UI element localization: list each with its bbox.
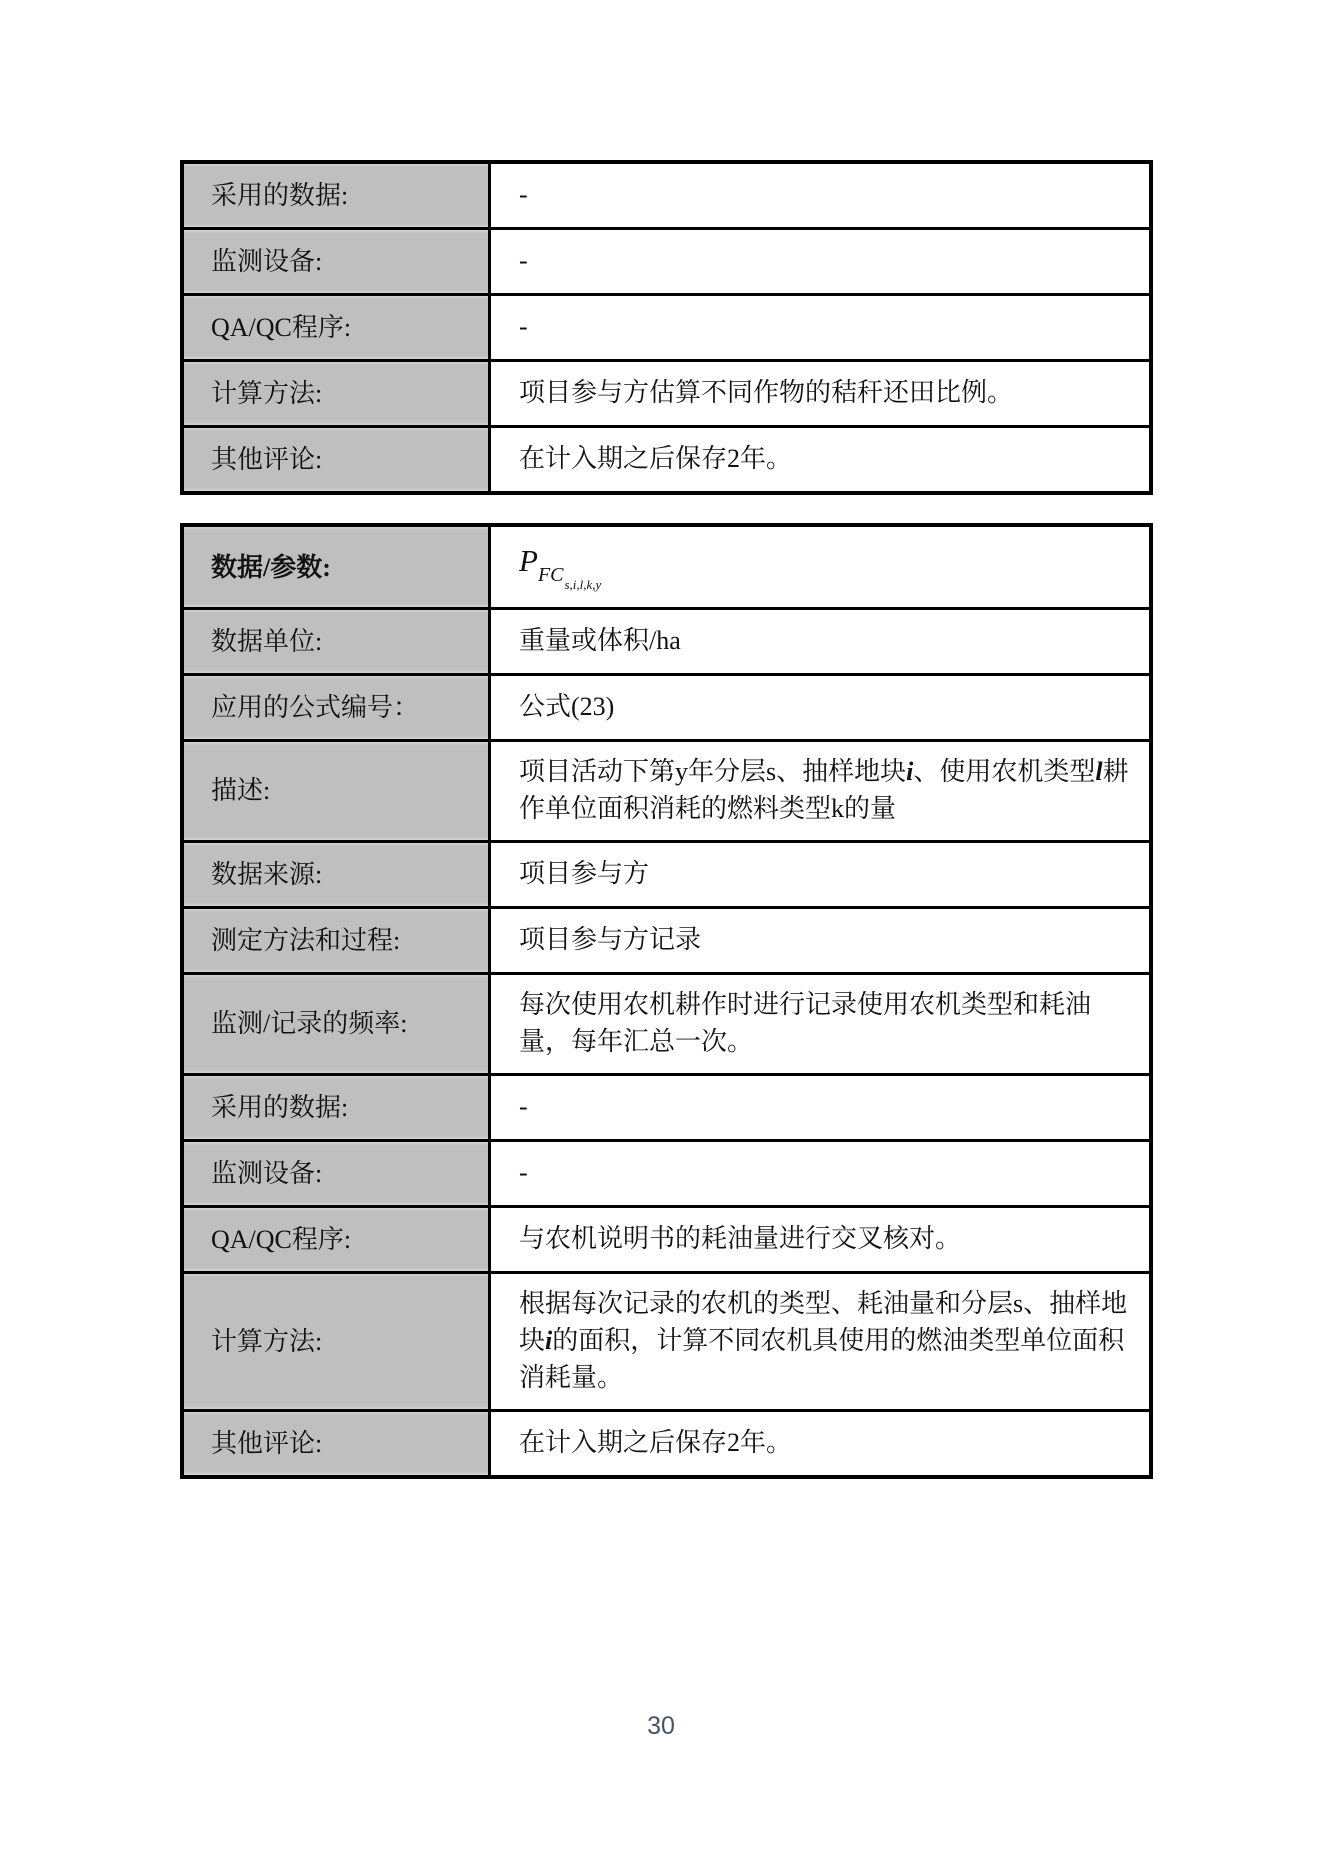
text-segment: 、使用农机类型 xyxy=(913,757,1095,786)
page-number: 30 xyxy=(0,1712,1322,1741)
table-row: 其他评论:在计入期之后保存2年。 xyxy=(184,1412,1149,1475)
row-value: 项目参与方记录 xyxy=(491,909,1149,972)
formula-subscript-text: FC xyxy=(538,564,564,586)
table-row: 监测设备:- xyxy=(184,230,1149,296)
table-row: 监测设备:- xyxy=(184,1142,1149,1208)
table-row: 监测/记录的频率:每次使用农机耕作时进行记录使用农机类型和耗油量，每年汇总一次。 xyxy=(184,975,1149,1076)
row-label: 应用的公式编号： xyxy=(184,676,491,739)
table-row: 应用的公式编号：公式(23) xyxy=(184,676,1149,742)
text-segment: 的面积，计算不同农机具使用的燃油类型单位面积消耗量。 xyxy=(519,1326,1124,1392)
row-value: 重量或体积/ha xyxy=(491,610,1149,673)
table-row: 采用的数据:- xyxy=(184,164,1149,230)
row-label: 监测设备: xyxy=(184,1142,491,1205)
text-segment: 项目活动下第y年分层s、抽样地块 xyxy=(519,757,906,786)
table-row: 其他评论:在计入期之后保存2年。 xyxy=(184,428,1149,491)
monitoring-parameter-table-2: 数据/参数:PFCs,i,l,k,y数据单位:重量或体积/ha应用的公式编号：公… xyxy=(180,523,1153,1479)
row-value: - xyxy=(491,164,1149,227)
row-label: 监测/记录的频率: xyxy=(184,975,491,1073)
row-label: 其他评论: xyxy=(184,1412,491,1475)
row-value: - xyxy=(491,296,1149,359)
table-row: 计算方法:项目参与方估算不同作物的秸秆还田比例。 xyxy=(184,362,1149,428)
row-value: 每次使用农机耕作时进行记录使用农机类型和耗油量，每年汇总一次。 xyxy=(491,975,1149,1073)
table-row: 数据单位:重量或体积/ha xyxy=(184,610,1149,676)
formula-subscript: FCs,i,l,k,y xyxy=(538,564,601,586)
tables: 采用的数据:-监测设备:-QA/QC程序:-计算方法:项目参与方估算不同作物的秸… xyxy=(180,160,1153,1479)
row-label: QA/QC程序: xyxy=(184,296,491,359)
table-row: 计算方法:根据每次记录的农机的类型、耗油量和分层s、抽样地块i的面积，计算不同农… xyxy=(184,1274,1149,1412)
row-value: 项目参与方 xyxy=(491,843,1149,906)
row-label: 采用的数据: xyxy=(184,1076,491,1139)
row-label: 描述: xyxy=(184,742,491,840)
table-row: QA/QC程序:- xyxy=(184,296,1149,362)
table-row: 数据来源:项目参与方 xyxy=(184,843,1149,909)
document-page: 采用的数据:-监测设备:-QA/QC程序:-计算方法:项目参与方估算不同作物的秸… xyxy=(0,0,1322,1871)
row-value: PFCs,i,l,k,y xyxy=(491,527,1149,606)
variable-symbol: l xyxy=(1095,757,1102,786)
row-value: 与农机说明书的耗油量进行交叉核对。 xyxy=(491,1208,1149,1271)
row-label: 计算方法: xyxy=(184,362,491,425)
row-label: 采用的数据: xyxy=(184,164,491,227)
row-value: - xyxy=(491,1076,1149,1139)
row-value: 项目参与方估算不同作物的秸秆还田比例。 xyxy=(491,362,1149,425)
table-row: QA/QC程序:与农机说明书的耗油量进行交叉核对。 xyxy=(184,1208,1149,1274)
row-value: - xyxy=(491,230,1149,293)
row-value: 在计入期之后保存2年。 xyxy=(491,1412,1149,1475)
table-row: 采用的数据:- xyxy=(184,1076,1149,1142)
row-value: 项目活动下第y年分层s、抽样地块i、使用农机类型l耕作单位面积消耗的燃料类型k的… xyxy=(491,742,1149,840)
row-value-text: 项目活动下第y年分层s、抽样地块i、使用农机类型l耕作单位面积消耗的燃料类型k的… xyxy=(519,754,1135,828)
row-label: 数据来源: xyxy=(184,843,491,906)
row-label: 数据/参数: xyxy=(184,527,491,606)
row-value: 根据每次记录的农机的类型、耗油量和分层s、抽样地块i的面积，计算不同农机具使用的… xyxy=(491,1274,1149,1409)
row-value-text: 根据每次记录的农机的类型、耗油量和分层s、抽样地块i的面积，计算不同农机具使用的… xyxy=(519,1286,1135,1397)
parameter-formula: PFCs,i,l,k,y xyxy=(519,539,601,594)
table-row: 测定方法和过程:项目参与方记录 xyxy=(184,909,1149,975)
row-label: 数据单位: xyxy=(184,610,491,673)
row-label: 测定方法和过程: xyxy=(184,909,491,972)
row-label: 其他评论: xyxy=(184,428,491,491)
table-row: 数据/参数:PFCs,i,l,k,y xyxy=(184,527,1149,609)
row-label: 监测设备: xyxy=(184,230,491,293)
formula-base: P xyxy=(519,543,538,578)
row-label: 计算方法: xyxy=(184,1274,491,1409)
row-value: 公式(23) xyxy=(491,676,1149,739)
formula-sub-subscript: s,i,l,k,y xyxy=(565,577,602,592)
row-value: 在计入期之后保存2年。 xyxy=(491,428,1149,491)
row-value: - xyxy=(491,1142,1149,1205)
table-row: 描述:项目活动下第y年分层s、抽样地块i、使用农机类型l耕作单位面积消耗的燃料类… xyxy=(184,742,1149,843)
row-label: QA/QC程序: xyxy=(184,1208,491,1271)
monitoring-parameter-table-1: 采用的数据:-监测设备:-QA/QC程序:-计算方法:项目参与方估算不同作物的秸… xyxy=(180,160,1153,495)
